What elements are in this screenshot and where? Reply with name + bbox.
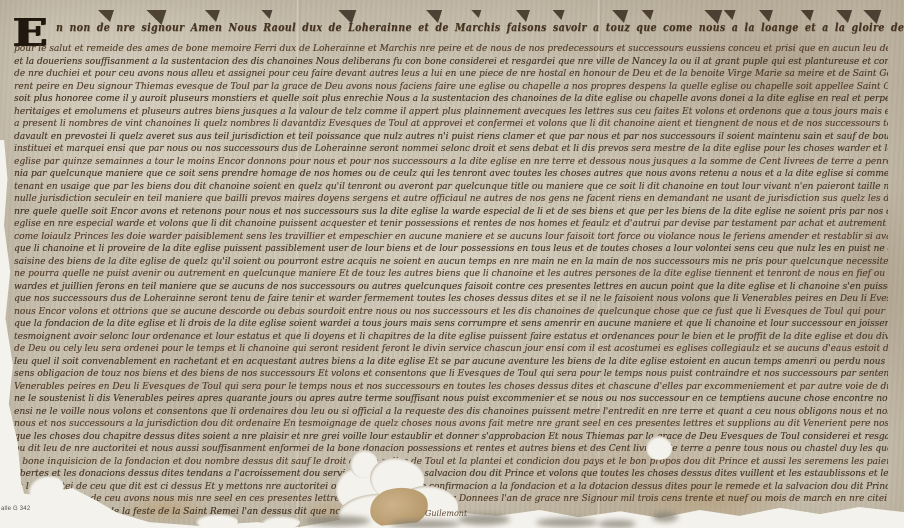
manuscript-photo: { "manuscript": { "initial": "E", "lines… xyxy=(0,0,904,528)
manuscript-line: soit plus honoree come il y auroit pluse… xyxy=(14,94,888,106)
manuscript-line: tesmoignent avoir selonc lour ordenance … xyxy=(14,332,888,344)
manuscript-line: eglise en nre especial warde et volons q… xyxy=(14,219,888,231)
manuscript-line: Venerables peires en Deu li Evesques de … xyxy=(14,382,888,394)
manuscript-line: et la volentei de ceu que dit est ci des… xyxy=(14,482,888,494)
manuscript-line: come loiaulz Princes les doie warder pai… xyxy=(14,232,888,244)
manuscript-line: eglise par quinze semainnes a tour le mo… xyxy=(14,157,888,169)
manuscript-line: que la fondacion de la dite eglise et li… xyxy=(14,319,888,331)
manuscript-line: heritaiges et emolumens et pluseurs autr… xyxy=(14,107,888,119)
manuscript-line: que nos successours dus de Loherainne se… xyxy=(14,294,888,306)
manuscript-line: leu quel il soit convenablement en rache… xyxy=(14,357,888,369)
manuscript-line: et la doueriens souffisanment a la suste… xyxy=(14,57,888,69)
manuscript-line: nulle jurisdiction seculeir en teil mani… xyxy=(14,194,888,206)
manuscript-line: rent peire en Deu signour Thiemas evesqu… xyxy=(14,82,888,94)
manuscript-line: saisine des biens de la dite eglise de q… xyxy=(14,257,888,269)
scan-shadow xyxy=(390,520,460,528)
manuscript-line: que li chanoine et li proveire de la dit… xyxy=(14,244,888,256)
manuscript-line: davault en prevostei li quelz averet sus… xyxy=(14,132,888,144)
manuscript-line: wardes et juillien ferons en teil manier… xyxy=(14,282,888,294)
manuscript-lines: pour le salut et remeide des ames de bon… xyxy=(0,0,904,528)
manuscript-line: que les choses dou chapitre dessus dites… xyxy=(14,432,888,444)
manuscript-line: de nre duchiei et pour ceu avons nous al… xyxy=(14,69,888,81)
scan-shadow xyxy=(306,516,370,526)
manuscript-line: tenant en usaige que par les biens dou d… xyxy=(14,182,888,194)
scribe-mark: Guilemont xyxy=(425,509,467,518)
scan-shadow xyxy=(652,512,678,522)
manuscript-line: nous et nos successours a la jurisdictio… xyxy=(14,419,888,431)
manuscript-line: nous Encor volons et ottrions que se auc… xyxy=(14,307,888,319)
manuscript-line: instituei et marquei ensi que par nous o… xyxy=(14,144,888,156)
manuscript-line: sens obligacion de touz nos biens et des… xyxy=(14,369,888,381)
manuscript-line: nre quele quelle soit Encor avons et ret… xyxy=(14,207,888,219)
manuscript-line: ne le soustenist li dis Venerables peire… xyxy=(14,394,888,406)
manuscript-line: a bone inquisicion de la fondacion et do… xyxy=(14,457,888,469)
archive-shelfmark-label: alle G 342 xyxy=(1,506,30,512)
manuscript-line: nia par quelcunque maniere que ce soit s… xyxy=(14,169,888,181)
manuscript-line: de Deu ou cely leu sera ordenei pour le … xyxy=(14,344,888,356)
manuscript-line: ensi ne le voille nous volons et consent… xyxy=(14,407,888,419)
manuscript-line: libertes et les donacions dessus dites t… xyxy=(14,469,888,481)
manuscript-line: pour le salut et remeide des ames de bon… xyxy=(14,44,888,56)
manuscript-line: ou dit leu de nre auctoritei et nous aus… xyxy=(14,444,888,456)
scan-shadow xyxy=(536,518,598,527)
manuscript-line: a present li nombres de vint chanoines l… xyxy=(14,119,888,131)
manuscript-line: ne pourra quelle ne puist avenir ou autr… xyxy=(14,269,888,281)
scan-shadow xyxy=(598,520,636,528)
